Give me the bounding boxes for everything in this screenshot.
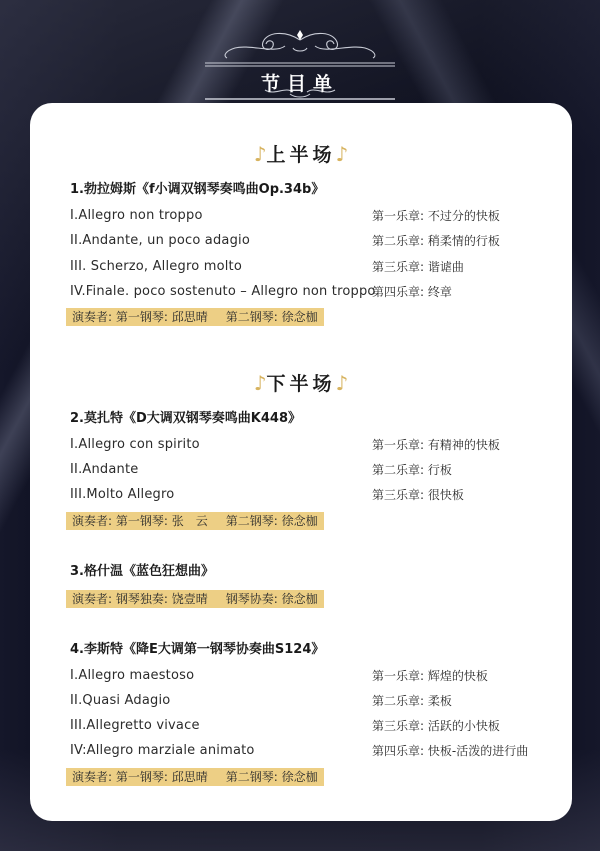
music-note-icon: ♪ bbox=[254, 371, 267, 395]
second-half-label: 下半场 bbox=[266, 373, 335, 395]
movement-row: I.Allegro con spirito 第一乐章: 有精神的快板 bbox=[70, 436, 552, 454]
movement-name: II.Quasi Adagio bbox=[70, 692, 170, 710]
movement-row: III. Scherzo, Allegro molto 第三乐章: 谐谑曲 bbox=[70, 258, 552, 276]
movement-name: I.Allegro con spirito bbox=[70, 436, 200, 454]
movement-row: II.Andante 第二乐章: 行板 bbox=[70, 461, 552, 479]
movement-cn: 第三乐章: 谐谑曲 bbox=[372, 258, 464, 276]
piece-title: 1.勃拉姆斯《f小调双钢琴奏鸣曲Op.34b》 bbox=[70, 181, 324, 199]
performer-label: 演奏者: bbox=[72, 592, 116, 606]
performer-label: 演奏者: bbox=[72, 310, 116, 324]
performer-2: 钢琴协奏: 徐念枷 bbox=[226, 592, 318, 606]
movement-cn: 第一乐章: 辉煌的快板 bbox=[372, 667, 488, 685]
movement-name: I.Allegro non troppo bbox=[70, 207, 203, 225]
piece-title: 3.格什温《蓝色狂想曲》 bbox=[70, 563, 214, 581]
performer-1: 第一钢琴: 张 云 bbox=[116, 514, 208, 528]
movement-name: I.Allegro maestoso bbox=[70, 667, 194, 685]
movement-name: III.Molto Allegro bbox=[70, 486, 174, 504]
performer-1: 钢琴独奏: 饶壹晴 bbox=[116, 592, 208, 606]
music-note-icon: ♪ bbox=[254, 142, 267, 166]
movement-cn: 第四乐章: 终章 bbox=[372, 283, 452, 301]
movement-row: IV.Finale. poco sostenuto – Allegro non … bbox=[70, 283, 552, 301]
movement-cn: 第三乐章: 活跃的小快板 bbox=[372, 717, 500, 735]
performer-2: 第二钢琴: 徐念枷 bbox=[226, 770, 318, 784]
movement-name: IV:Allegro marziale animato bbox=[70, 742, 255, 760]
second-half-heading: ♪下半场♪ bbox=[30, 371, 572, 396]
performer-2: 第二钢琴: 徐念枷 bbox=[226, 514, 318, 528]
movement-cn: 第二乐章: 行板 bbox=[372, 461, 452, 479]
movement-row: I.Allegro non troppo 第一乐章: 不过分的快板 bbox=[70, 207, 552, 225]
movement-cn: 第二乐章: 柔板 bbox=[372, 692, 452, 710]
piece-title: 4.李斯特《降E大调第一钢琴协奏曲S124》 bbox=[70, 641, 324, 659]
movement-cn: 第一乐章: 有精神的快板 bbox=[372, 436, 500, 454]
piece-title: 2.莫扎特《D大调双钢琴奏鸣曲K448》 bbox=[70, 410, 301, 428]
page-title: 节目单 bbox=[205, 72, 395, 96]
movement-row: II.Andante, un poco adagio 第二乐章: 稍柔情的行板 bbox=[70, 232, 552, 250]
performer-1: 第一钢琴: 邱思晴 bbox=[116, 770, 208, 784]
music-note-icon: ♪ bbox=[336, 142, 349, 166]
performer-1: 第一钢琴: 邱思晴 bbox=[116, 310, 208, 324]
performer-badge: 演奏者: 第一钢琴: 邱思晴第二钢琴: 徐念枷 bbox=[66, 768, 324, 786]
movement-cn: 第二乐章: 稍柔情的行板 bbox=[372, 232, 500, 250]
movement-name: IV.Finale. poco sostenuto – Allegro non … bbox=[70, 283, 376, 301]
performer-badge: 演奏者: 第一钢琴: 邱思晴第二钢琴: 徐念枷 bbox=[66, 308, 324, 326]
movement-row: IV:Allegro marziale animato 第四乐章: 快板-活泼的… bbox=[70, 742, 552, 760]
program-header: 节目单 bbox=[205, 22, 395, 90]
first-half-label: 上半场 bbox=[266, 144, 335, 166]
movement-cn: 第四乐章: 快板-活泼的进行曲 bbox=[372, 742, 528, 760]
performer-label: 演奏者: bbox=[72, 514, 116, 528]
movement-row: II.Quasi Adagio 第二乐章: 柔板 bbox=[70, 692, 552, 710]
movement-name: III. Scherzo, Allegro molto bbox=[70, 258, 242, 276]
performer-label: 演奏者: bbox=[72, 770, 116, 784]
movement-cn: 第一乐章: 不过分的快板 bbox=[372, 207, 500, 225]
movement-cn: 第三乐章: 很快板 bbox=[372, 486, 464, 504]
performer-2: 第二钢琴: 徐念枷 bbox=[226, 310, 318, 324]
performer-badge: 演奏者: 第一钢琴: 张 云第二钢琴: 徐念枷 bbox=[66, 512, 324, 530]
movement-row: I.Allegro maestoso 第一乐章: 辉煌的快板 bbox=[70, 667, 552, 685]
music-note-icon: ♪ bbox=[336, 371, 349, 395]
performer-badge: 演奏者: 钢琴独奏: 饶壹晴钢琴协奏: 徐念枷 bbox=[66, 590, 324, 608]
movement-name: III.Allegretto vivace bbox=[70, 717, 200, 735]
movement-name: II.Andante bbox=[70, 461, 139, 479]
movement-row: III.Molto Allegro 第三乐章: 很快板 bbox=[70, 486, 552, 504]
movement-name: II.Andante, un poco adagio bbox=[70, 232, 250, 250]
program-card: ♪上半场♪ 1.勃拉姆斯《f小调双钢琴奏鸣曲Op.34b》 I.Allegro … bbox=[30, 103, 572, 821]
first-half-heading: ♪上半场♪ bbox=[30, 142, 572, 167]
movement-row: III.Allegretto vivace 第三乐章: 活跃的小快板 bbox=[70, 717, 552, 735]
ornament-icon bbox=[205, 22, 395, 112]
